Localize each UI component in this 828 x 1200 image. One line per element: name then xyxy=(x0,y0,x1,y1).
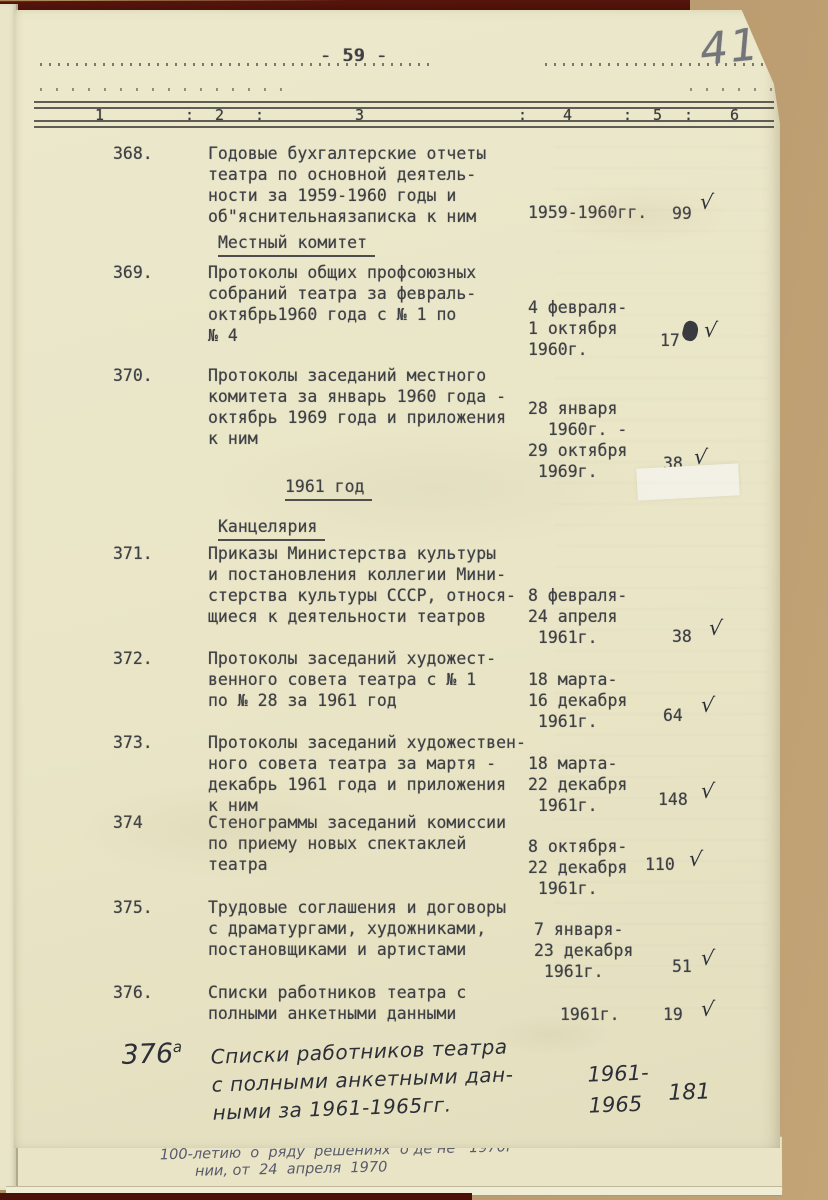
entry-number-superscript: а xyxy=(173,1038,183,1056)
entry-number-base: 376 xyxy=(121,1038,174,1071)
handwritten-entry-376a: 376а Списки работников театра с полными … xyxy=(0,0,800,1157)
entry-number: 376а xyxy=(121,1038,183,1071)
scanned-archive-page: 100-летию о ряду решениях о де не 1970г … xyxy=(0,0,828,1200)
document-page: 41 - 59 - 1 : 2 : 3 : 4 : 5 : 6 368. xyxy=(14,10,780,1148)
entry-sheet-count: 181 xyxy=(668,1079,711,1105)
book-cover-bottom-edge xyxy=(0,1193,472,1200)
bleed-fragment-line2: нии, от 24 апреля 1970 xyxy=(195,1159,388,1179)
entry-description: Списки работников театра с полными анкет… xyxy=(210,1032,515,1126)
entry-dates: 1961- 1965 xyxy=(587,1058,650,1122)
page-content: 41 - 59 - 1 : 2 : 3 : 4 : 5 : 6 368. xyxy=(14,6,780,1144)
